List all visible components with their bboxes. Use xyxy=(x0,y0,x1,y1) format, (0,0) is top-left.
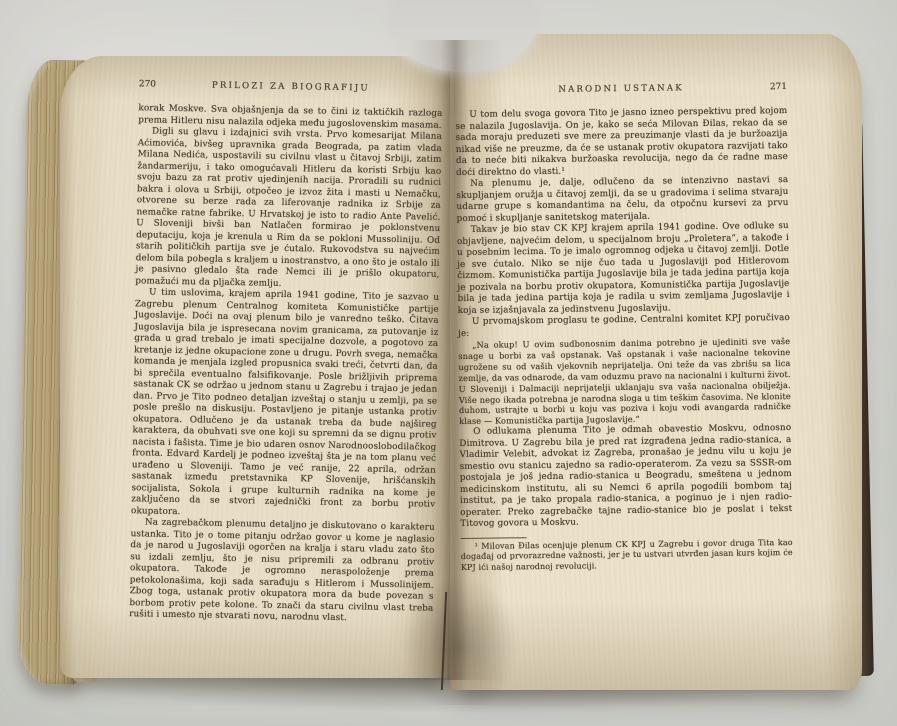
running-header: PRILOZI ZA BIOGRAFIJU xyxy=(212,81,370,94)
paragraph: Na plenumu je, dalje, odlučeno da se int… xyxy=(456,175,789,225)
page-number: 271 xyxy=(770,82,787,94)
running-header: NARODNI USTANAK xyxy=(558,83,684,95)
paragraph: U tom delu svoga govora Tito je jasno iz… xyxy=(455,106,788,179)
paragraph: O odlukama plenuma Tito je odmah obavest… xyxy=(459,423,792,531)
left-page-text: 270 PRILOZI ZA BIOGRAFIJU korak Moskve. … xyxy=(129,79,443,626)
page-number: 270 xyxy=(139,79,156,91)
footnote: ¹ Milovan Đilas ocenjuje plenum CK KPJ u… xyxy=(461,538,793,573)
footnote-rule xyxy=(461,537,527,539)
paragraph: U tim uslovima, krajem aprila 1941 godin… xyxy=(131,287,439,523)
paragraph: Digli su glavu i izdajnici svih vrsta. P… xyxy=(135,126,442,293)
right-page-text: NARODNI USTANAK 271 U tom delu svoga gov… xyxy=(455,82,793,573)
paragraph: Na zagrebačkom plenumu detaljno je disku… xyxy=(129,517,435,626)
book-photo: 270 PRILOZI ZA BIOGRAFIJU korak Moskve. … xyxy=(0,0,897,726)
paragraph: Takav je bio stav CK KPJ krajem aprila 1… xyxy=(457,221,790,317)
right-page-header: NARODNI USTANAK 271 xyxy=(455,82,787,99)
block-quote: „Na okup! U ovim sudbonosnim danima potr… xyxy=(458,336,791,427)
